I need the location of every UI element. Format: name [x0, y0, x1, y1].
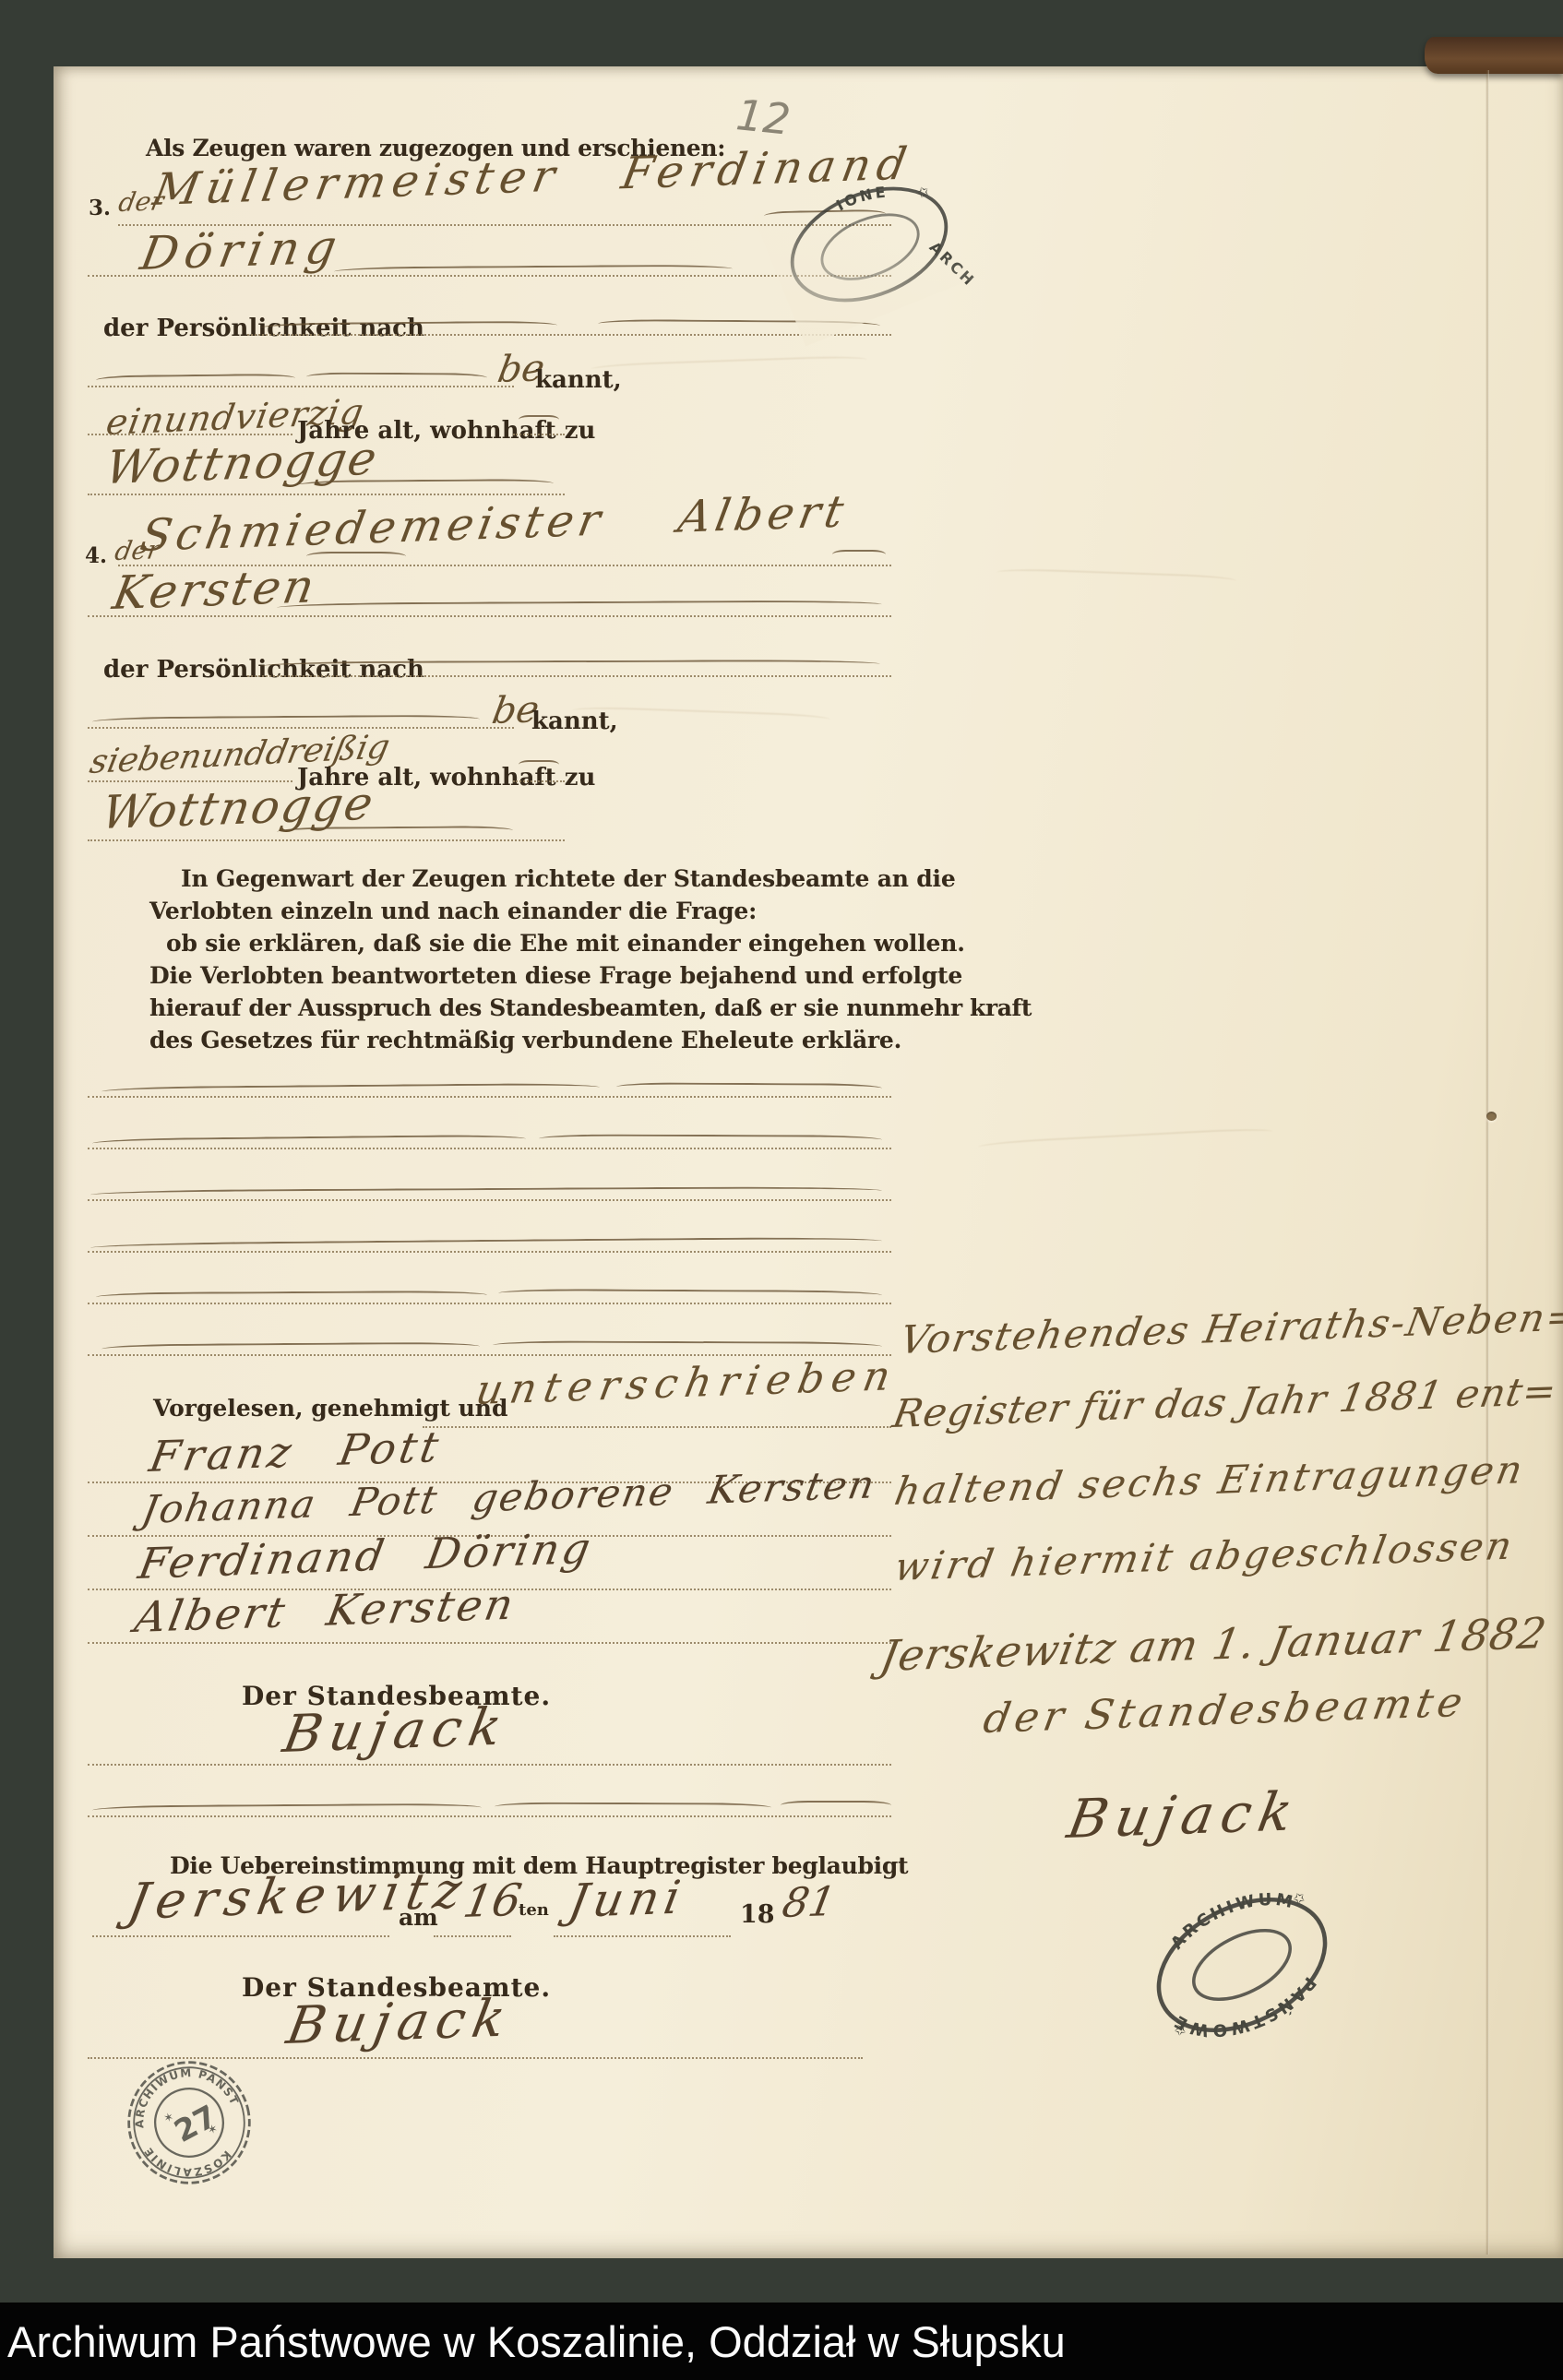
book-binding-strip — [1425, 37, 1563, 74]
form-line — [88, 1815, 891, 1817]
certification-year-hw: 81 — [779, 1878, 839, 1927]
declaration-line: Die Verlobten beantworteten diese Frage … — [149, 962, 962, 989]
blank-line-strike — [539, 1134, 882, 1144]
blank-form-line — [88, 1354, 891, 1356]
registrar-signature-1: Bujack — [279, 1697, 513, 1765]
form-line — [247, 675, 891, 677]
form-line — [92, 1935, 389, 1937]
form-line — [513, 434, 565, 435]
declaration-line: Verlobten einzeln und nach einander die … — [149, 898, 757, 924]
page-fold-crease — [1485, 70, 1489, 2255]
form-line — [88, 1764, 891, 1766]
declaration-line: In Gegenwart der Zeugen richtete der Sta… — [181, 865, 956, 892]
blank-form-line — [88, 1199, 891, 1201]
registrar-signature-2: Bujack — [282, 1989, 517, 2056]
form-line — [434, 1935, 511, 1937]
blank-line-strike — [616, 1082, 882, 1093]
form-line — [554, 1935, 731, 1937]
form-line — [88, 386, 514, 387]
strike-stroke — [519, 415, 559, 424]
pencil-page-number: 12 — [734, 89, 793, 145]
blank-line-strike — [493, 1340, 882, 1351]
certification-month: Juni — [565, 1871, 690, 1928]
form-line — [88, 727, 514, 729]
form-line — [247, 334, 891, 336]
blank-line-strike — [495, 1802, 771, 1812]
declaration-line: ob sie erklären, daß sie die Ehe mit ein… — [166, 930, 965, 957]
witness4-number: 4. — [85, 543, 107, 568]
strike-stroke — [519, 760, 559, 769]
form-line — [88, 494, 565, 495]
scanned-register-page: 12 Als Zeugen waren zugezogen und erschi… — [0, 0, 1563, 2380]
blank-form-line — [88, 1303, 891, 1304]
form-line — [88, 275, 891, 277]
form-line — [423, 1426, 891, 1428]
witness3-number: 3. — [89, 196, 111, 220]
form-line — [88, 1642, 891, 1644]
flourish — [832, 550, 886, 559]
archive-caption-text: Archiwum Państwowe w Koszalinie, Oddział… — [7, 2303, 1066, 2380]
archive-caption-bar: Archiwum Państwowe w Koszalinie, Oddział… — [0, 2303, 1563, 2380]
flourish — [306, 552, 406, 561]
declaration-line: hierauf der Ausspruch des Standesbeamten… — [149, 994, 1032, 1021]
binding-hole — [1486, 1112, 1497, 1121]
blank-line-strike — [781, 1801, 891, 1810]
certification-am: am — [399, 1904, 438, 1931]
closing-registrar-signature: Bujack — [1063, 1779, 1305, 1850]
blank-form-line — [88, 1096, 891, 1098]
form-line — [88, 839, 565, 841]
certification-ten: ten — [519, 1900, 549, 1920]
blank-form-line — [88, 1148, 891, 1149]
signature-franz-pott: Franz Pott — [146, 1422, 446, 1482]
witness4-name-line2: Kersten — [109, 559, 321, 620]
certification-year-print: 18 — [740, 1900, 775, 1929]
blank-form-line — [88, 1251, 891, 1253]
certification-day: 16 — [459, 1874, 525, 1928]
read-approved-label: Vorgelesen, genehmigt und — [153, 1395, 507, 1422]
strike-stroke — [306, 372, 487, 382]
form-line — [88, 615, 891, 617]
form-line — [513, 780, 565, 782]
witness3-name-line2: Döring — [137, 220, 347, 280]
declaration-line: des Gesetzes für rechtmäßig verbundene E… — [149, 1027, 901, 1053]
